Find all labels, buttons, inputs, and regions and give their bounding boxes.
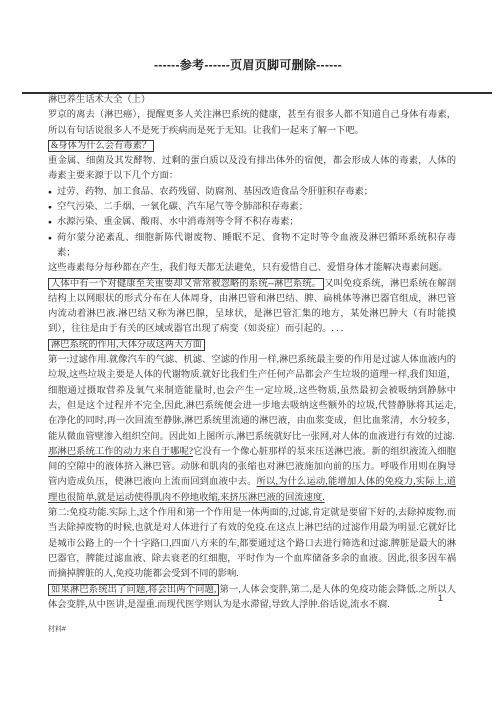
list-item: ● 荷尔蒙分泌紊乱、细胞新陈代谢废物、睡眠不足、食物不定时等令血液及淋巴循环系统… [48, 231, 456, 262]
bullet-text: 空气污染、二手烟、一氧化碳、汽车尾气等令肺部积存毒素； [57, 200, 456, 215]
bullet-icon: ● [48, 231, 57, 246]
power-paragraph: 那淋巴系统工作的动力来自于哪呢?它没有一个像心脏那样的泵来压送淋巴液。新的组织液… [48, 445, 456, 506]
header-reference-note: ------参考------页眉页脚可删除------ [0, 56, 496, 73]
bullet-text: 荷尔蒙分泌紊乱、细胞新陈代谢废物、睡眠不足、食物不定时等令血液及淋巴循环系统积存… [57, 231, 456, 262]
toxins-lead-paragraph: 重金属、细菌及其发酵物、过剩的蛋白质以及没有排出体外的宿便，都会形成人体的毒素，… [48, 154, 456, 185]
footer-note: 材料# [48, 624, 66, 634]
page-number: 1 [438, 593, 443, 603]
bullet-icon: ● [48, 215, 57, 230]
toxins-closing-paragraph: 这些毒素每分每秒都在产生，我们每天都无法避免，只有爱惜自己、爱惜身体才能解决毒素… [48, 261, 456, 276]
problems-paragraph: 如果淋巴系统出了问题,将会出两个问题,第一,人体会变胖,第二,是人体的免疫功能会… [48, 583, 456, 614]
functions-heading-text: 淋巴系统的作用,大体分成这两大方面 [48, 339, 205, 351]
toxins-section-heading: &身体为什么会有毒素？ [48, 139, 456, 154]
toxins-bullet-list: ● 过劳、药物、加工食品、农药残留、防腐剂、基因改造食品令肝脏积存毒素； ● 空… [48, 185, 456, 261]
list-item: ● 水源污染、重金属、酸雨、水中消毒剂等令肾不积存毒素； [48, 215, 456, 230]
document-page: ------参考------页眉页脚可删除------ 淋巴养生话术大全（上） … [0, 0, 496, 702]
power-question-underlined: 那淋巴系统工作的动力来自于哪呢? [48, 447, 193, 457]
immune-function-paragraph: 第二:免疫功能.实际上,这个作用和第一个作用是一体两面的,过滤,肯定就是要留下好… [48, 506, 456, 582]
lymph-system-boxed-phrase: 人体中有一个对健康至关重要却又常常被忽略的系统--淋巴系统。 [48, 278, 324, 290]
list-item: ● 空气污染、二手烟、一氧化碳、汽车尾气等令肺部积存毒素； [48, 200, 456, 215]
functions-section-heading: 淋巴系统的作用,大体分成这两大方面 [48, 338, 456, 353]
bullet-icon: ● [48, 200, 57, 215]
lymph-intro-paragraph: 人体中有一个对健康至关重要却又常常被忽略的系统--淋巴系统。又叫免疫系统，淋巴系… [48, 277, 456, 338]
bullet-icon: ● [48, 185, 57, 200]
problems-boxed-phrase: 如果淋巴系统出了问题,将会出两个问题, [48, 584, 219, 596]
toxins-heading-text: &身体为什么会有毒素？ [48, 140, 154, 152]
document-body: 淋巴养生话术大全（上） 罗京的离去（淋巴癌），提醒更多人关注淋巴系统的健康，甚至… [48, 93, 456, 613]
filter-function-paragraph: 第一:过滤作用.就像汽车的气滤、机滤、空滤的作用一样,淋巴系统最主要的作用是过滤… [48, 353, 456, 445]
intro-paragraph: 罗京的离去（淋巴癌），提醒更多人关注淋巴系统的健康，甚至有很多人都不知道自己身体… [48, 108, 456, 139]
bullet-text: 过劳、药物、加工食品、农药残留、防腐剂、基因改造食品令肝脏积存毒素； [57, 185, 456, 200]
list-item: ● 过劳、药物、加工食品、农药残留、防腐剂、基因改造食品令肝脏积存毒素； [48, 185, 456, 200]
doc-title: 淋巴养生话术大全（上） [48, 93, 456, 108]
bullet-text: 水源污染、重金属、酸雨、水中消毒剂等令肾不积存毒素； [57, 215, 456, 230]
